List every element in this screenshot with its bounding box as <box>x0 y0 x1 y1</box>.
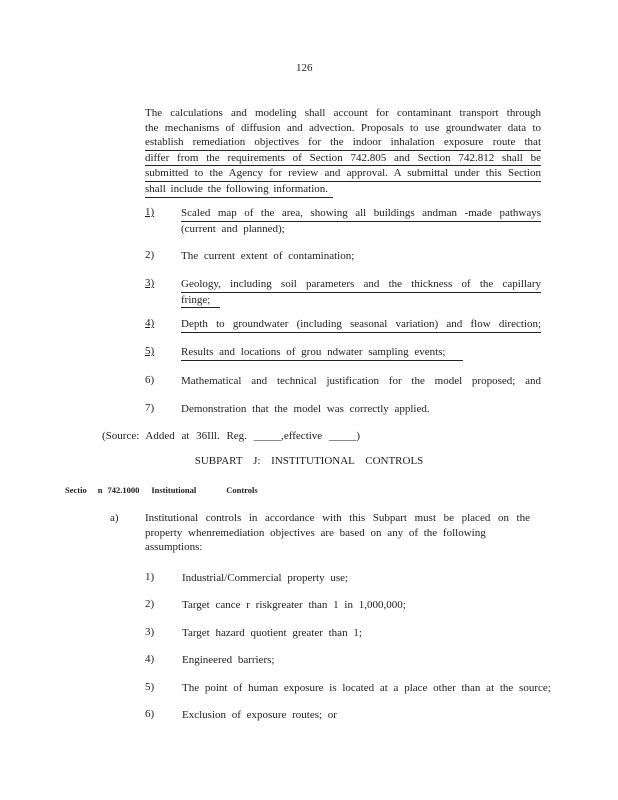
item-text: Exclusion of exposure routes; or <box>182 708 612 723</box>
item-text-fragment: fringe; <box>181 293 220 309</box>
section-title-word: Institutional <box>151 485 196 495</box>
item-text-line: The current extent of contamination; <box>181 249 541 264</box>
section-word: Sectio <box>65 485 87 495</box>
item-number: 6) <box>145 374 154 386</box>
item-number: 3) <box>145 626 154 638</box>
item-number: 5) <box>145 345 154 357</box>
item-number: 7) <box>145 402 154 414</box>
intro-line-1: The calculations and modeling shall acco… <box>145 106 541 121</box>
intro-line-6-text: shall include the following information. <box>145 182 333 198</box>
intro-line-5: submitted to the Agency for review and a… <box>145 166 541 182</box>
item-text-line: Results and locations of grou ndwater sa… <box>181 345 541 361</box>
subsection-a-line: assumptions: <box>145 540 530 555</box>
item-text-line: Scaled map of the area, showing all buil… <box>181 206 541 222</box>
item-number: 5) <box>145 681 154 693</box>
item-text-line: Depth to groundwater (including seasonal… <box>181 317 541 333</box>
item-number: 3) <box>145 277 154 289</box>
item-text-line: Mathematical and technical justification… <box>181 374 541 389</box>
subsection-a-label: a) <box>110 511 119 526</box>
item-text: The point of human exposure is located a… <box>182 681 612 696</box>
intro-line-6: shall include the following information. <box>145 182 541 198</box>
source-note: (Source: Added at 36Ill. Reg. _____,effe… <box>102 429 360 444</box>
page-number: 126 <box>296 62 313 74</box>
intro-line-4: differ from the requirements of Section … <box>145 151 541 167</box>
item-text-fragment: Results and locations of grou ndwater sa… <box>181 345 463 361</box>
subsection-a-paragraph: Institutional controls in accordance wit… <box>145 511 530 555</box>
intro-line-3: establish remediation objectives for the… <box>145 135 541 151</box>
section-title-word: Controls <box>226 485 258 495</box>
intro-paragraph: The calculations and modeling shall acco… <box>145 106 541 198</box>
item-number: 4) <box>145 317 154 329</box>
item-number: 2) <box>145 249 154 261</box>
item-number: 1) <box>145 206 154 218</box>
item-number: 6) <box>145 708 154 720</box>
item-text: Target hazard quotient greater than 1; <box>182 626 612 641</box>
section-heading: Section742.1000InstitutionalControls <box>65 485 258 495</box>
subpart-heading: SUBPART J: INSTITUTIONAL CONTROLS <box>0 454 618 469</box>
item-text: Industrial/Commercial property use; <box>182 571 612 586</box>
item-text: Target cance r riskgreater than 1 in 1,0… <box>182 598 612 613</box>
intro-line-2: the mechanisms of diffusion and advectio… <box>145 121 541 136</box>
item-number: 1) <box>145 571 154 583</box>
item-number: 4) <box>145 653 154 665</box>
subsection-a-line: Institutional controls in accordance wit… <box>145 511 530 526</box>
item-text-line: (current and planned); <box>181 222 541 237</box>
section-word: n <box>98 485 103 495</box>
item-text-line: Geology, including soil parameters and t… <box>181 277 541 293</box>
item-text-line: Demonstration that the model was correct… <box>181 402 541 417</box>
section-number: 742.1000 <box>107 485 139 495</box>
item-text-line: fringe; <box>181 293 541 309</box>
item-number: 2) <box>145 598 154 610</box>
item-text: Engineered barriers; <box>182 653 612 668</box>
subsection-a-line: property whenremediation objectives are … <box>145 526 530 541</box>
